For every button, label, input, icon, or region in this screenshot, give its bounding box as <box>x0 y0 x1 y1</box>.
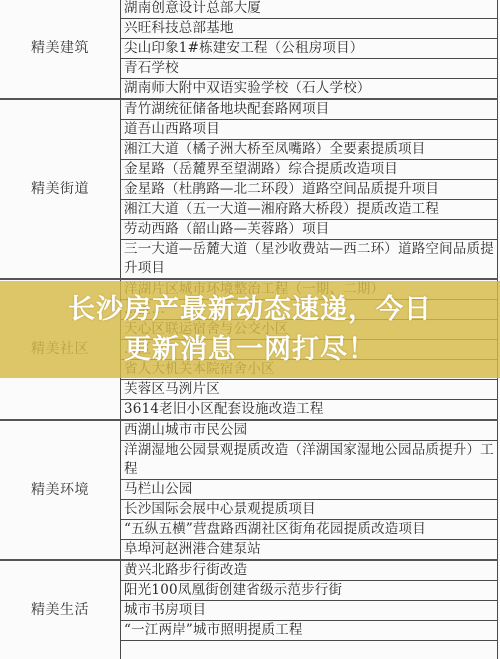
item-cell: 金星路（岳麓界至望湖路）综合提质改造项目 <box>121 160 498 180</box>
headline-line-2: 更新消息一网打尽！ <box>0 330 500 370</box>
item-cell: 湘江大道（五一大道—湘府路大桥段）提质改造工程 <box>121 200 498 220</box>
item-cell: 尖山印象1#栋建安工程（公租房项目） <box>121 39 498 59</box>
item-cell: 金星路（杜鹃路—北二环段）道路空间品质提升项目 <box>121 180 498 200</box>
item-cell: 马栏山公园 <box>121 480 498 500</box>
item-cell: 芙蓉区马洌片区 <box>121 380 498 400</box>
item-cell: 城市书房项目 <box>121 601 498 621</box>
category-cell: 精美生活 <box>0 560 121 659</box>
item-cell: 黄兴北路步行街改造 <box>121 560 498 581</box>
item-cell: “五纵五横”营盘路西湖社区街角花园提质改造项目 <box>121 520 498 540</box>
document-page: 精美建筑 湖南创意设计总部大厦 兴旺科技总部基地 尖山印象1#栋建安工程（公租房… <box>0 0 500 659</box>
item-cell: 青竹湖统征储备地块配套路网项目 <box>121 99 498 120</box>
item-cell: 阳光100凤凰街创建省级示范步行街 <box>121 581 498 601</box>
item-cell: “一江两岸”城市照明提质工程 <box>121 621 498 641</box>
item-cell: 道吾山西路项目 <box>121 120 498 140</box>
headline-text: 长沙房产最新动态速递，今日 更新消息一网打尽！ <box>0 290 500 370</box>
item-cell: 兴旺科技总部基地 <box>121 19 498 39</box>
category-cell: 精美环境 <box>0 420 121 560</box>
table-row: 精美环境 西湖山城市市民公园 <box>0 420 498 441</box>
item-cell: 湖南创意设计总部大厦 <box>121 0 498 19</box>
table-row: 精美建筑 湖南创意设计总部大厦 <box>0 0 498 19</box>
item-cell: 长沙国际会展中心景观提质项目 <box>121 500 498 520</box>
item-cell: 3614老旧小区配套设施改造工程 <box>121 400 498 421</box>
item-cell: 阜埠河赵洲港合建泵站 <box>121 540 498 561</box>
item-cell: 三一大道—岳麓大道（星沙收费站—西二环）道路空间品质提升项目 <box>121 240 498 280</box>
table-row: 精美生活 黄兴北路步行街改造 <box>0 560 498 581</box>
category-cell: 精美街道 <box>0 99 121 279</box>
category-cell: 精美建筑 <box>0 0 121 99</box>
item-cell: 青石学校 <box>121 59 498 79</box>
item-cell <box>121 641 498 659</box>
item-cell: 劳动西路（韶山路—芙蓉路）项目 <box>121 220 498 240</box>
item-cell: 洋湖湿地公园景观提质改造（洋湖国家湿地公园品质提升）工程 <box>121 441 498 480</box>
item-cell: 湖南师大附中双语实验学校（石人学校） <box>121 79 498 100</box>
item-cell: 湘江大道（橘子洲大桥至凤嘴路）全要素提质项目 <box>121 140 498 160</box>
table-row: 精美街道 青竹湖统征储备地块配套路网项目 <box>0 99 498 120</box>
item-cell: 西湖山城市市民公园 <box>121 420 498 441</box>
headline-line-1: 长沙房产最新动态速递，今日 <box>0 290 500 330</box>
